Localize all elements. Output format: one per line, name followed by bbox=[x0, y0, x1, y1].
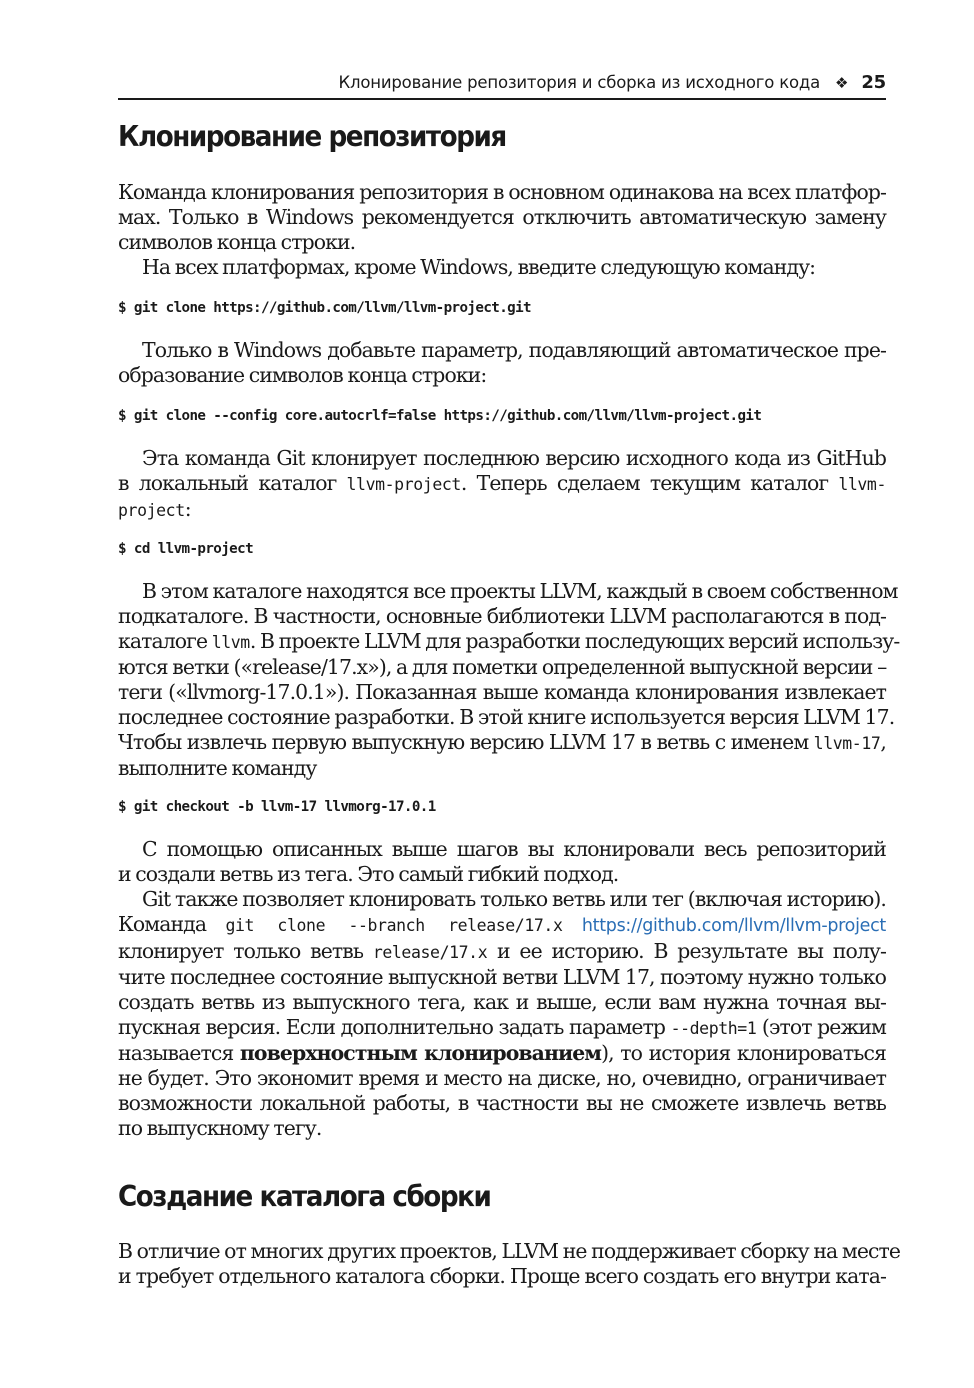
text-line: Эта команда Git клонирует последнюю верс… bbox=[118, 446, 886, 471]
text-line: На всех платформах, кроме Windows, введи… bbox=[118, 255, 886, 280]
inline-code: llvm-17 bbox=[814, 734, 881, 753]
text-line: называется поверхностным клонированием),… bbox=[118, 1041, 886, 1066]
text-line: не будет. Это экономит время и место на … bbox=[118, 1066, 886, 1091]
text-span: . В проекте LLVM для разработки последую… bbox=[250, 629, 900, 653]
code-block-clone: $ git clone https://github.com/llvm/llvm… bbox=[118, 300, 531, 316]
text-span: ), то история клонироваться bbox=[601, 1041, 886, 1065]
text-line: по выпускному тегу. bbox=[118, 1116, 886, 1141]
inline-code: llvm-project bbox=[347, 475, 461, 494]
text-line: клонирует только ветвь release/17.x и ее… bbox=[118, 939, 886, 965]
text-span: , bbox=[880, 730, 886, 754]
text-line: project: bbox=[118, 497, 886, 523]
text-span: Команда bbox=[118, 912, 225, 936]
text-line: символов конца строки. bbox=[118, 230, 886, 255]
code-block-cd: $ cd llvm-project bbox=[118, 541, 253, 557]
text-line: Чтобы извлечь первую выпускную версию LL… bbox=[118, 730, 886, 756]
text-span: называется bbox=[118, 1041, 240, 1065]
text-span: В этом каталоге находятся все проекты LL… bbox=[142, 579, 898, 603]
paragraph-git-clone: Эта команда Git клонирует последнюю верс… bbox=[118, 446, 886, 523]
text-line: выполните команду bbox=[118, 756, 886, 781]
text-line: В отличие от многих других проектов, LLV… bbox=[118, 1239, 886, 1264]
text-line: теги («llvmorg-17.0.1»). Показанная выше… bbox=[118, 680, 886, 705]
inline-code: git clone --branch release/17.x bbox=[225, 916, 562, 935]
text-line: чите последнее состояние выпускной ветви… bbox=[118, 965, 886, 990]
inline-code: llvm- bbox=[838, 475, 886, 494]
code-block-checkout: $ git checkout -b llvm-17 llvmorg-17.0.1 bbox=[118, 799, 436, 815]
text-span: (этот режим bbox=[756, 1015, 886, 1039]
text-line: ются ветки («release/17.x»), а для помет… bbox=[118, 655, 886, 680]
inline-code: release/17.x bbox=[373, 943, 487, 962]
text-line: Команда git clone --branch release/17.x … bbox=[118, 912, 886, 939]
inline-code: --depth=1 bbox=[671, 1019, 757, 1038]
running-head-title: Клонирование репозитория и сборка из исх… bbox=[339, 73, 820, 92]
text-span: На всех платформах, кроме Windows, введи… bbox=[142, 255, 815, 279]
text-line: В этом каталоге находятся все проекты LL… bbox=[118, 579, 886, 604]
text-span: и ее историю. В результате вы полу- bbox=[487, 939, 886, 963]
bold-term: поверхностным клонированием bbox=[240, 1041, 601, 1065]
text-line: пускная версия. Если дополнительно задат… bbox=[118, 1015, 886, 1041]
text-span: пускная версия. Если дополнительно задат… bbox=[118, 1015, 671, 1039]
text-line: мах. Только в Windows рекомендуется откл… bbox=[118, 205, 886, 230]
ornament-icon: ❖ bbox=[835, 70, 848, 96]
page-number: 25 bbox=[861, 72, 886, 93]
text-span: . Теперь сделаем текущим каталог bbox=[461, 471, 838, 495]
text-line: Команда клонирования репозитория в основ… bbox=[118, 180, 886, 205]
text-line: возможности локальной работы, в частност… bbox=[118, 1091, 886, 1116]
text-span: каталоге bbox=[118, 629, 212, 653]
section-heading-cloning: Клонирование репозитория bbox=[118, 120, 506, 153]
text-line: Git также позволяет клонировать только в… bbox=[118, 887, 886, 912]
section-heading-build-dir: Создание каталога сборки bbox=[118, 1180, 490, 1213]
text-span: С помощью описанных выше шагов вы клонир… bbox=[142, 837, 886, 861]
text-span: Только в Windows добавьте параметр, пода… bbox=[142, 338, 886, 362]
paragraph-build-dir: В отличие от многих других проектов, LLV… bbox=[118, 1239, 886, 1289]
text-line: и требует отдельного каталога сборки. Пр… bbox=[118, 1264, 886, 1289]
text-line: и создали ветвь из тега. Это самый гибки… bbox=[118, 862, 886, 887]
inline-code: project bbox=[118, 501, 185, 520]
text-line: создать ветвь из выпускного тега, как и … bbox=[118, 990, 886, 1015]
text-line: каталоге llvm. В проекте LLVM для разраб… bbox=[118, 629, 886, 655]
running-head: Клонирование репозитория и сборка из исх… bbox=[118, 70, 886, 100]
text-span: Git также позволяет клонировать только в… bbox=[142, 887, 886, 911]
text-line: последнее состояние разработки. В этой к… bbox=[118, 705, 886, 730]
text-span: в локальный каталог bbox=[118, 471, 347, 495]
paragraph-windows: Только в Windows добавьте параметр, пода… bbox=[118, 338, 886, 388]
github-link[interactable]: https://github.com/llvm/llvm-project bbox=[582, 916, 886, 936]
text-span: : bbox=[185, 497, 191, 521]
inline-code: llvm bbox=[212, 633, 250, 652]
text-line: в локальный каталог llvm-project. Теперь… bbox=[118, 471, 886, 497]
text-line: подкаталоге. В частности, основные библи… bbox=[118, 604, 886, 629]
code-block-clone-windows: $ git clone --config core.autocrlf=false… bbox=[118, 408, 761, 424]
text-span: клонирует только ветвь bbox=[118, 939, 373, 963]
text-span: Чтобы извлечь первую выпускную версию LL… bbox=[118, 730, 814, 754]
text-span: Эта команда Git клонирует последнюю верс… bbox=[142, 446, 886, 470]
paragraph-summary: С помощью описанных выше шагов вы клонир… bbox=[118, 837, 886, 1141]
text-line: образование символов конца строки: bbox=[118, 363, 886, 388]
paragraph-llvm-projects: В этом каталоге находятся все проекты LL… bbox=[118, 579, 886, 781]
text-line: С помощью описанных выше шагов вы клонир… bbox=[118, 837, 886, 862]
text-line: Только в Windows добавьте параметр, пода… bbox=[118, 338, 886, 363]
paragraph-intro: Команда клонирования репозитория в основ… bbox=[118, 180, 886, 280]
